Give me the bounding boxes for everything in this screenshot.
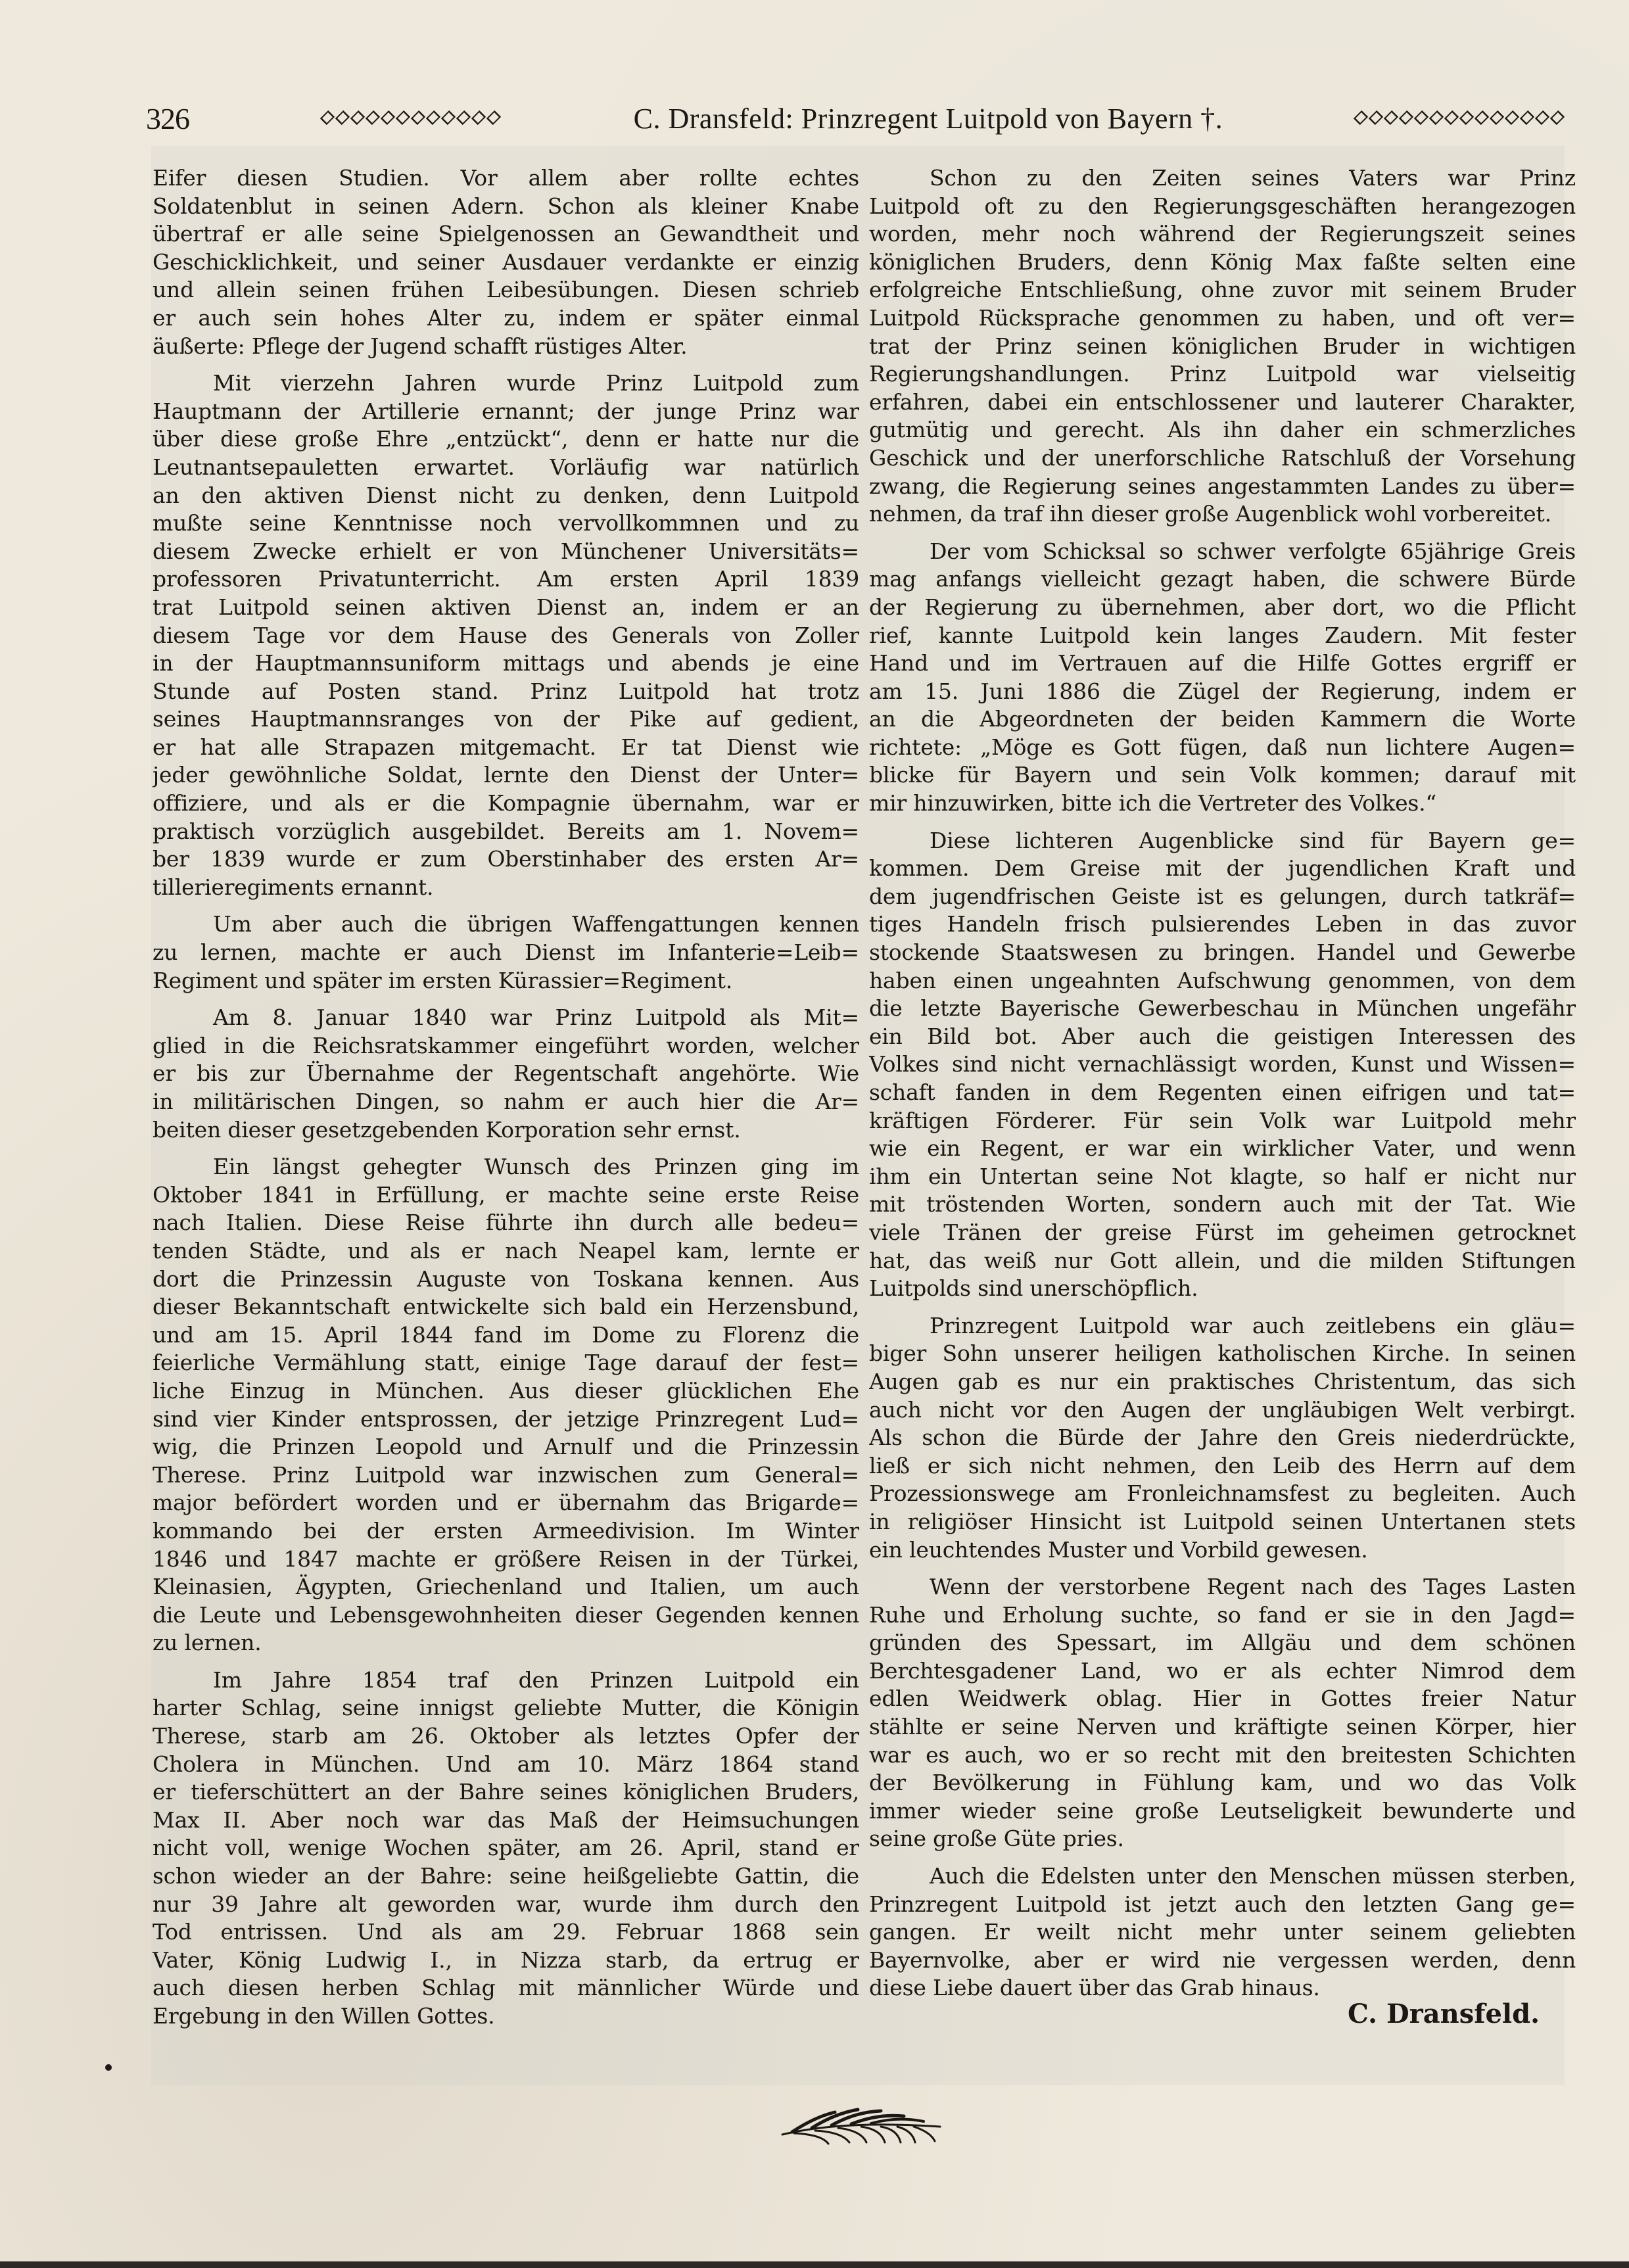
text-line: Ruhe und Erholung suchte, so fand er sie… — [869, 1601, 1576, 1630]
text-line: harter Schlag, seine innigst geliebte Mu… — [153, 1694, 859, 1722]
text-line: trat der Prinz seinen königlichen Bruder… — [869, 333, 1576, 361]
text-line: offiziere, und als er die Kompagnie über… — [153, 790, 859, 818]
text-line: er hat alle Strapazen mitgemacht. Er tat… — [153, 734, 859, 762]
text-line: feierliche Vermählung statt, einige Tage… — [153, 1349, 859, 1377]
text-line: er bis zur Übernahme der Regentschaft an… — [153, 1060, 859, 1088]
diamond-icon — [336, 108, 350, 128]
text-line: Prozessionswege am Fronleichnamsfest zu … — [869, 1480, 1576, 1508]
text-line: Hand und im Vertrauen auf die Hilfe Gott… — [869, 650, 1576, 678]
text-line: Luitpolds sind unerschöpflich. — [869, 1275, 1576, 1303]
text-line: worden, mehr noch während der Regierungs… — [869, 220, 1576, 248]
page-number: 326 — [146, 101, 189, 136]
text-line: tillerieregiments ernannt. — [153, 874, 859, 902]
text-line: Mit vierzehn Jahren wurde Prinz Luitpold… — [153, 369, 859, 398]
text-line: mir hinzuwirken, bitte ich die Vertreter… — [869, 790, 1576, 818]
text-line: nicht voll, wenige Wochen später, am 26.… — [153, 1834, 859, 1862]
text-line: praktisch vorzüglich ausgebildet. Bereit… — [153, 818, 859, 846]
page: 326 C. Dransfeld: Prinzregent Luitpold v… — [0, 0, 1629, 2268]
text-line: die Leute und Lebensgewohnheiten dieser … — [153, 1601, 859, 1630]
paragraph-gap — [869, 818, 1576, 827]
text-line: stählte er seine Nerven und kräftigte se… — [869, 1713, 1576, 1741]
diamond-icon — [1445, 108, 1459, 128]
text-line: er tieferschüttert an der Bahre seines k… — [153, 1778, 859, 1807]
paragraph: Wenn der verstorbene Regent nach des Tag… — [869, 1573, 1576, 1853]
running-title: C. Dransfeld: Prinzregent Luitpold von B… — [634, 102, 1223, 135]
diamond-icon — [366, 108, 381, 128]
text-line: Diese lichteren Augenblicke sind für Bay… — [869, 827, 1576, 855]
text-line: major befördert worden und er übernahm d… — [153, 1489, 859, 1517]
text-line: diesem Tage vor dem Hause des Generals v… — [153, 622, 859, 650]
text-line: Geschicklichkeit, und seiner Ausdauer ve… — [153, 248, 859, 277]
text-line: Hauptmann der Artillerie ernannt; der ju… — [153, 398, 859, 426]
text-line: blicke für Bayern und sein Volk kommen; … — [869, 761, 1576, 790]
text-line: nach Italien. Diese Reise führte ihn dur… — [153, 1209, 859, 1237]
diamond-icon — [321, 108, 335, 128]
text-line: 1846 und 1847 machte er größere Reisen i… — [153, 1546, 859, 1574]
text-line: königlichen Bruders, denn König Max faßt… — [869, 248, 1576, 277]
text-line: über diese große Ehre „entzückt“, denn e… — [153, 425, 859, 454]
diamond-icon — [457, 108, 471, 128]
text-line: biger Sohn unserer heiligen katholischen… — [869, 1340, 1576, 1368]
text-line: seines Hauptmannsranges von der Pike auf… — [153, 705, 859, 734]
text-line: die letzte Bayerische Gewerbeschau in Mü… — [869, 995, 1576, 1023]
text-line: Therese, starb am 26. Oktober als letzte… — [153, 1722, 859, 1751]
text-line: mit tröstenden Worten, sondern auch mit … — [869, 1191, 1576, 1219]
paragraph-gap — [153, 995, 859, 1004]
text-line: wig, die Prinzen Leopold und Arnulf und … — [153, 1433, 859, 1461]
paragraph-gap — [869, 1564, 1576, 1573]
text-line: jeder gewöhnliche Soldat, lernte den Die… — [153, 761, 859, 790]
text-line: auch nicht vor den Augen der ungläubigen… — [869, 1396, 1576, 1425]
text-line: ber 1839 wurde er zum Oberstinhaber des … — [153, 845, 859, 874]
running-header: 326 C. Dransfeld: Prinzregent Luitpold v… — [146, 95, 1566, 141]
text-line: Ein längst gehegter Wunsch des Prinzen g… — [153, 1153, 859, 1181]
paragraph-gap — [153, 1144, 859, 1153]
diamond-icon — [396, 108, 411, 128]
text-line: mußte seine Kenntnisse noch vervollkommn… — [153, 509, 859, 538]
text-line: zu lernen, machte er auch Dienst im Infa… — [153, 939, 859, 967]
diamond-ornament-left — [321, 108, 502, 128]
text-line: stockende Staatswesen zu bringen. Handel… — [869, 939, 1576, 967]
text-line: Am 8. Januar 1840 war Prinz Luitpold als… — [153, 1004, 859, 1032]
diamond-icon — [472, 108, 486, 128]
diamond-icon — [1400, 108, 1414, 128]
text-line: ließ er sich nicht nehmen, den Leib des … — [869, 1452, 1576, 1480]
diamond-icon — [1460, 108, 1475, 128]
diamond-icon — [1415, 108, 1429, 128]
paragraph-gap — [153, 901, 859, 910]
text-line: tenden Städte, und als er nach Neapel ka… — [153, 1237, 859, 1265]
diamond-icon — [1505, 108, 1520, 128]
text-line: Um aber auch die übrigen Waffengattungen… — [153, 910, 859, 939]
paragraph-gap — [869, 529, 1576, 538]
text-line: und am 15. April 1844 fand im Dome zu Fl… — [153, 1321, 859, 1350]
text-line: übertraf er alle seine Spielgenossen an … — [153, 220, 859, 248]
text-line: dort die Prinzessin Auguste von Toskana … — [153, 1265, 859, 1294]
diamond-icon — [442, 108, 456, 128]
diamond-icon — [1354, 108, 1369, 128]
text-line: er auch sein hohes Alter zu, indem er sp… — [153, 304, 859, 333]
text-line: der Regierung zu übernehmen, aber dort, … — [869, 594, 1576, 622]
text-line: ihm ein Untertan seine Not klagte, so ha… — [869, 1163, 1576, 1191]
text-line: Der vom Schicksal so schwer verfolgte 65… — [869, 538, 1576, 566]
diamond-icon — [1475, 108, 1490, 128]
diamond-icon — [1430, 108, 1444, 128]
text-line: am 15. Juni 1886 die Zügel der Regierung… — [869, 678, 1576, 706]
text-line: nur 39 Jahre alt geworden war, wurde ihm… — [153, 1891, 859, 1919]
paragraph-gap — [869, 1853, 1576, 1862]
text-line: immer wieder seine große Leutseligkeit b… — [869, 1797, 1576, 1826]
text-line: der Bevölkerung in Fühlung kam, und wo d… — [869, 1769, 1576, 1797]
text-line: Bayernvolke, aber er wird nie vergessen … — [869, 1947, 1576, 1975]
text-line: Oktober 1841 in Erfüllung, er machte sei… — [153, 1181, 859, 1210]
text-line: erfahren, dabei ein entschlossener und l… — [869, 389, 1576, 417]
text-line: kommando bei der ersten Armeedivision. I… — [153, 1517, 859, 1546]
text-line: dieser Bekanntschaft entwickelte sich ba… — [153, 1293, 859, 1321]
text-line: Als schon die Bürde der Jahre den Greis … — [869, 1424, 1576, 1452]
diamond-icon — [1551, 108, 1565, 128]
left-column: Eifer diesen Studien. Vor allem aber rol… — [153, 164, 859, 2031]
text-line: Vater, König Ludwig I., in Nizza starb, … — [153, 1947, 859, 1975]
text-line: dem jugendfrischen Geiste ist es gelunge… — [869, 883, 1576, 911]
paragraph: Prinzregent Luitpold war auch zeitlebens… — [869, 1312, 1576, 1564]
text-line: diesem Zwecke erhielt er von Münchener U… — [153, 538, 859, 566]
text-line: äußerte: Pflege der Jugend schafft rüsti… — [153, 333, 859, 361]
text-line: edlen Weidwerk oblag. Hier in Gottes fre… — [869, 1685, 1576, 1713]
text-line: Berchtesgadener Land, wo er als echter N… — [869, 1657, 1576, 1686]
text-line: trat Luitpold seinen aktiven Dienst an, … — [153, 594, 859, 622]
diamond-icon — [381, 108, 396, 128]
text-line: war es auch, wo er so recht mit den brei… — [869, 1741, 1576, 1770]
text-line: Tod entrissen. Und als am 29. Februar 18… — [153, 1918, 859, 1947]
text-line: kräftigen Förderer. Für sein Volk war Lu… — [869, 1107, 1576, 1135]
text-line: haben einen ungeahnten Aufschwung genomm… — [869, 967, 1576, 995]
text-line: schaft fanden in dem Regenten einen eifr… — [869, 1079, 1576, 1107]
diamond-icon — [427, 108, 441, 128]
diamond-ornament-right — [1354, 108, 1566, 128]
paragraph: Um aber auch die übrigen Waffengattungen… — [153, 910, 859, 995]
text-line: richtete: „Möge es Gott fügen, daß nun l… — [869, 734, 1576, 762]
stray-ink-dot — [105, 2064, 112, 2071]
paragraph: Am 8. Januar 1840 war Prinz Luitpold als… — [153, 1004, 859, 1144]
text-line: in militärischen Dingen, so nahm er auch… — [153, 1088, 859, 1116]
diamond-icon — [351, 108, 366, 128]
text-line: gutmütig und gerecht. Als ihn daher ein … — [869, 416, 1576, 444]
text-line: kommen. Dem Greise mit der jugendlichen … — [869, 855, 1576, 883]
text-line: beiten dieser gesetzgebenden Korporation… — [153, 1116, 859, 1145]
paragraph: Der vom Schicksal so schwer verfolgte 65… — [869, 538, 1576, 818]
text-line: zwang, die Regierung seines angestammten… — [869, 473, 1576, 501]
text-line: Therese. Prinz Luitpold war inzwischen z… — [153, 1461, 859, 1490]
text-line: Ergebung in den Willen Gottes. — [153, 2002, 859, 2031]
text-line: viele Tränen der greise Fürst im geheime… — [869, 1219, 1576, 1247]
text-line: tiges Handeln frisch pulsierendes Leben … — [869, 910, 1576, 939]
text-line: ein leuchtendes Muster und Vorbild gewes… — [869, 1536, 1576, 1565]
paragraph-gap — [869, 1303, 1576, 1312]
paragraph-gap — [153, 360, 859, 369]
text-line: und allein seinen frühen Leibesübungen. … — [153, 276, 859, 304]
text-line: Geschick und der unerforschliche Ratschl… — [869, 444, 1576, 473]
paragraph: Im Jahre 1854 traf den Prinzen Luitpold … — [153, 1666, 859, 2031]
diamond-icon — [1521, 108, 1535, 128]
diamond-icon — [487, 108, 502, 128]
text-line: gangen. Er weilt nicht mehr unter seinem… — [869, 1918, 1576, 1947]
text-line: erfolgreiche Entschließung, ohne zuvor m… — [869, 276, 1576, 304]
text-line: auch diesen herben Schlag mit männlicher… — [153, 1974, 859, 2002]
text-line: Luitpold oft zu den Regierungsgeschäften… — [869, 193, 1576, 221]
text-line: Wenn der verstorbene Regent nach des Tag… — [869, 1573, 1576, 1601]
paragraph: Mit vierzehn Jahren wurde Prinz Luitpold… — [153, 369, 859, 901]
text-line: sind vier Kinder entsprossen, der jetzig… — [153, 1406, 859, 1434]
paragraph: Auch die Edelsten unter den Menschen müs… — [869, 1862, 1576, 2002]
page-edge — [0, 2261, 1629, 2268]
text-line: nehmen, da traf ihn dieser große Augenbl… — [869, 500, 1576, 529]
paragraph: Schon zu den Zeiten seines Vaters war Pr… — [869, 164, 1576, 529]
palm-branch-icon — [763, 2100, 947, 2146]
text-line: Eifer diesen Studien. Vor allem aber rol… — [153, 164, 859, 193]
text-line: Soldatenblut in seinen Adern. Schon als … — [153, 193, 859, 221]
text-line: Prinzregent Luitpold war auch zeitlebens… — [869, 1312, 1576, 1340]
diamond-icon — [1369, 108, 1384, 128]
text-line: an den aktiven Dienst nicht zu denken, d… — [153, 482, 859, 510]
text-line: Auch die Edelsten unter den Menschen müs… — [869, 1862, 1576, 1891]
text-line: wie ein Regent, er war ein wirklicher Va… — [869, 1135, 1576, 1163]
text-line: zu lernen. — [153, 1629, 859, 1657]
text-line: Regierungshandlungen. Prinz Luitpold war… — [869, 360, 1576, 389]
text-line: Schon zu den Zeiten seines Vaters war Pr… — [869, 164, 1576, 193]
author-signature: C. Dransfeld. — [1348, 1998, 1540, 2029]
text-line: in der Hauptmannsuniform mittags und abe… — [153, 650, 859, 678]
paragraph: Ein längst gehegter Wunsch des Prinzen g… — [153, 1153, 859, 1657]
text-line: mag anfangs vielleicht gezagt haben, die… — [869, 565, 1576, 594]
text-line: Stunde auf Posten stand. Prinz Luitpold … — [153, 678, 859, 706]
text-line: Augen gab es nur ein praktisches Christe… — [869, 1368, 1576, 1396]
paragraph-gap — [153, 1657, 859, 1666]
text-line: Kleinasien, Ägypten, Griechenland und It… — [153, 1573, 859, 1601]
text-line: Cholera in München. Und am 10. März 1864… — [153, 1751, 859, 1779]
text-line: Regiment und später im ersten Kürassier=… — [153, 967, 859, 995]
text-line: Volkes sind nicht vernachlässigt worden,… — [869, 1051, 1576, 1079]
text-line: in religiöser Hinsicht ist Luitpold sein… — [869, 1508, 1576, 1536]
text-line: hat, das weiß nur Gott allein, und die m… — [869, 1247, 1576, 1275]
text-line: an die Abgeordneten der beiden Kammern d… — [869, 705, 1576, 734]
diamond-icon — [1536, 108, 1550, 128]
text-line: glied in die Reichsratskammer eingeführt… — [153, 1032, 859, 1060]
text-line: Prinzregent Luitpold ist jetzt auch den … — [869, 1891, 1576, 1919]
text-line: seine große Güte pries. — [869, 1825, 1576, 1853]
text-line: gründen des Spessart, im Allgäu und dem … — [869, 1629, 1576, 1657]
text-line: rief, kannte Luitpold kein langes Zauder… — [869, 622, 1576, 650]
text-line: Max II. Aber noch war das Maß der Heimsu… — [153, 1807, 859, 1835]
text-line: Luitpold Rücksprache genommen zu haben, … — [869, 304, 1576, 333]
text-line: Im Jahre 1854 traf den Prinzen Luitpold … — [153, 1666, 859, 1695]
paragraph: Diese lichteren Augenblicke sind für Bay… — [869, 827, 1576, 1303]
text-line: Leutnantsepauletten erwartet. Vorläufig … — [153, 454, 859, 482]
diamond-icon — [412, 108, 426, 128]
diamond-icon — [1490, 108, 1505, 128]
text-line: ein Bild bot. Aber auch die geistigen In… — [869, 1023, 1576, 1051]
right-column: Schon zu den Zeiten seines Vaters war Pr… — [869, 164, 1576, 2002]
text-line: professoren Privatunterricht. Am ersten … — [153, 565, 859, 594]
diamond-icon — [1384, 108, 1399, 128]
text-line: schon wieder an der Bahre: seine heißgel… — [153, 1862, 859, 1891]
text-line: liche Einzug in München. Aus dieser glüc… — [153, 1377, 859, 1406]
paragraph: Eifer diesen Studien. Vor allem aber rol… — [153, 164, 859, 360]
